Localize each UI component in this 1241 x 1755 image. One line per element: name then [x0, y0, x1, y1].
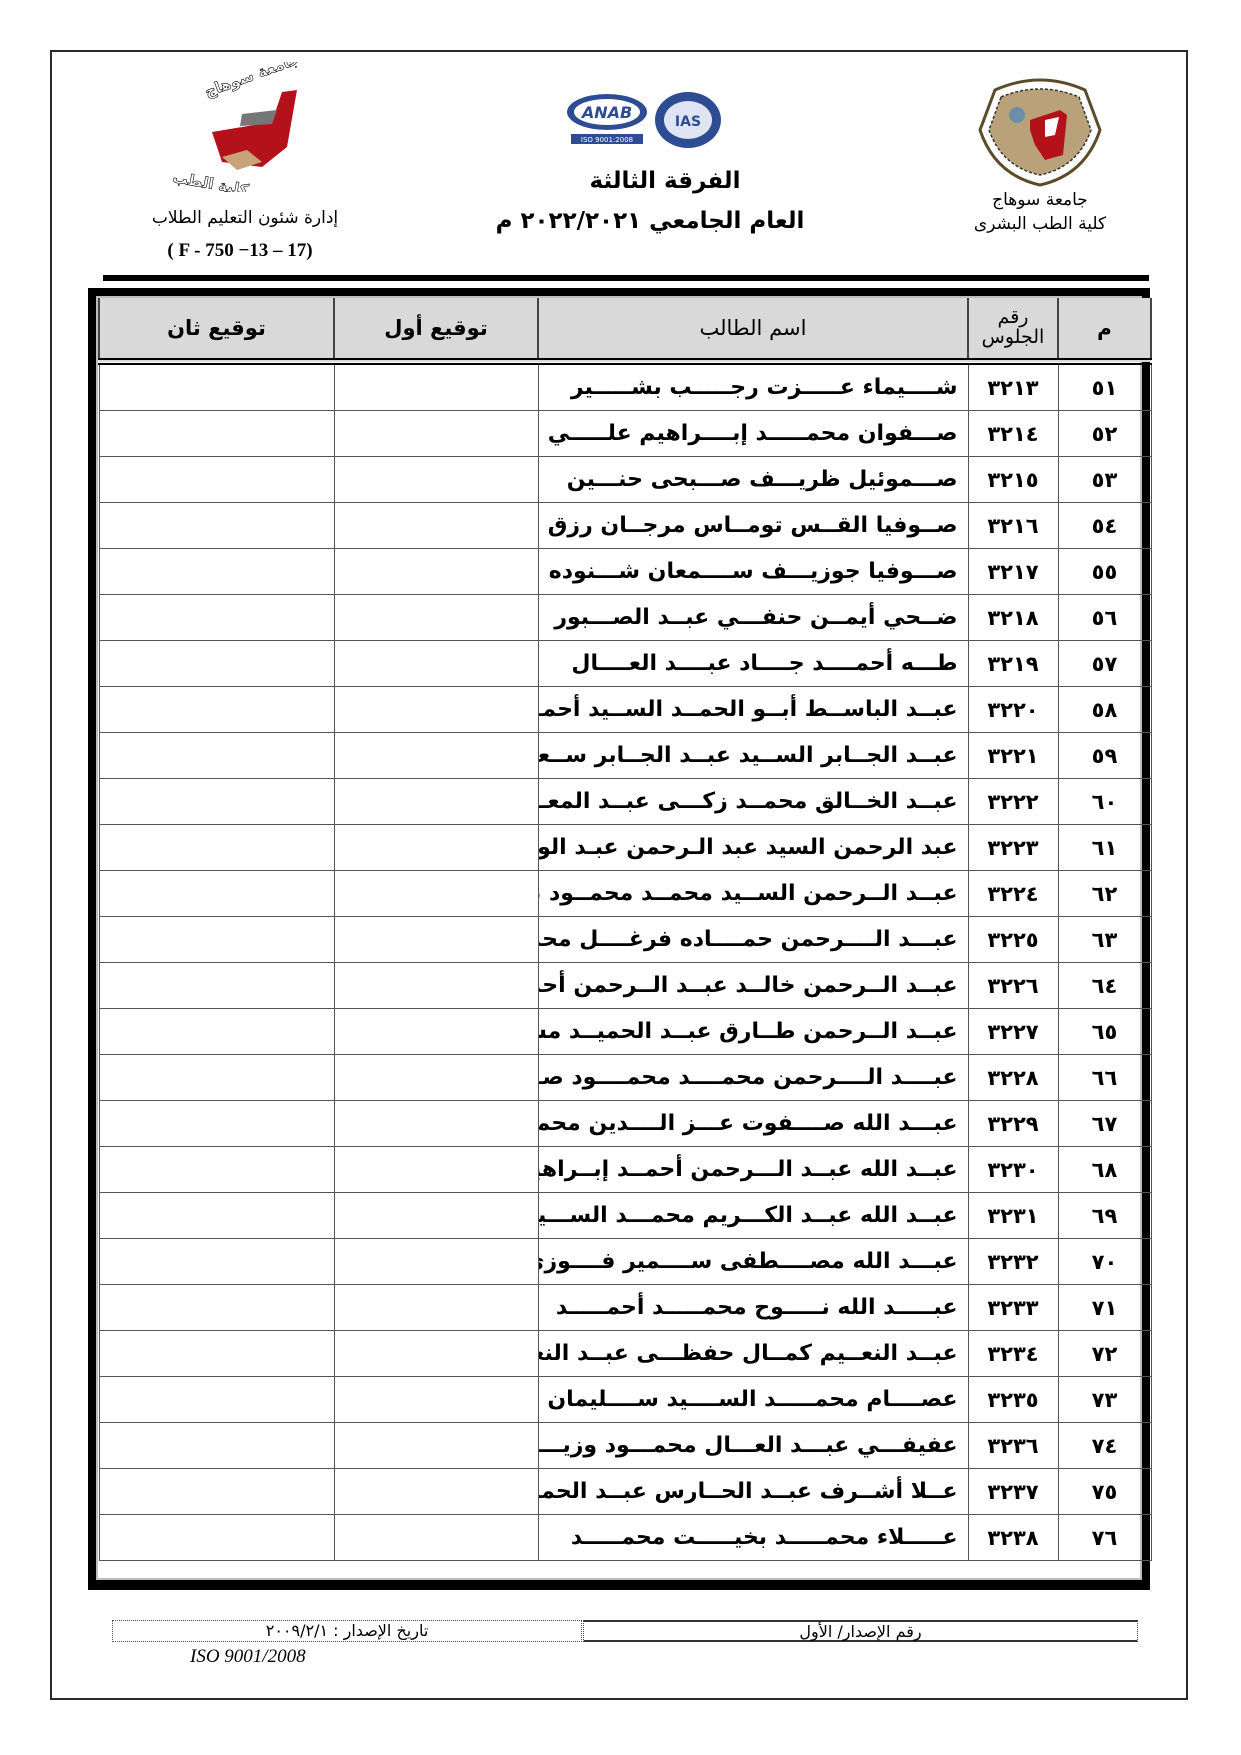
row-number: ٦٣	[1058, 917, 1151, 963]
first-signature-cell[interactable]	[334, 1423, 538, 1469]
table-row: ٥١٣٢١٣شــــيماء عـــــزت رجـــــب بشــــ…	[99, 362, 1151, 411]
table-row: ٦٥٣٢٢٧عبــد الــرحمن طــارق عبــد الحميـ…	[99, 1009, 1151, 1055]
row-number: ٥٣	[1058, 457, 1151, 503]
student-name: صـــفوان محمـــــد إبــــراهيم علـــــي	[538, 411, 968, 457]
table-row: ٥٧٣٢١٩طـــه أحمــــد جــــاد عبــــد الع…	[99, 641, 1151, 687]
first-signature-cell[interactable]	[334, 641, 538, 687]
row-number: ٥٢	[1058, 411, 1151, 457]
row-number: ٦٩	[1058, 1193, 1151, 1239]
second-signature-cell[interactable]	[99, 733, 334, 779]
row-number: ٦٥	[1058, 1009, 1151, 1055]
row-number: ٧٦	[1058, 1515, 1151, 1561]
table-row: ٦٤٣٢٢٦عبــد الــرحمن خالــد عبــد الــرح…	[99, 963, 1151, 1009]
table-header-row: م رقم الجلوس اسم الطالب توقيع أول توقيع …	[99, 298, 1151, 362]
student-name: عبــد الــرحمن خالــد عبــد الــرحمن أحم…	[538, 963, 968, 1009]
document-header: جامعة سوهاج كلية الطب ANAB ISO 9001:2008…	[0, 0, 1241, 290]
seat-header-line2: الجلوس	[969, 328, 1057, 348]
table-row: ٦٧٣٢٢٩عبـــد الله صــــفوت عـــز الــــد…	[99, 1101, 1151, 1147]
row-number: ٥١	[1058, 362, 1151, 411]
column-header-no: م	[1058, 298, 1151, 362]
issue-number: رقم الإصدار/ الأول	[583, 1620, 1138, 1642]
seat-number: ٣٢١٥	[968, 457, 1058, 503]
table-row: ٥٨٣٢٢٠عبــد الباســط أبــو الحمــد الســ…	[99, 687, 1151, 733]
row-number: ٦١	[1058, 825, 1151, 871]
row-number: ٧٤	[1058, 1423, 1151, 1469]
second-signature-cell[interactable]	[99, 1147, 334, 1193]
row-number: ٧٠	[1058, 1239, 1151, 1285]
first-signature-cell[interactable]	[334, 411, 538, 457]
student-name: عبــد النعــيم كمــال حفظـــى عبــد النع…	[538, 1331, 968, 1377]
row-number: ٦٧	[1058, 1101, 1151, 1147]
column-header-name: اسم الطالب	[538, 298, 968, 362]
second-signature-cell[interactable]	[99, 1101, 334, 1147]
column-header-sig2: توقيع ثان	[99, 298, 334, 362]
seat-number: ٣٢٣٥	[968, 1377, 1058, 1423]
second-signature-cell[interactable]	[99, 549, 334, 595]
seat-number: ٣٢٢٨	[968, 1055, 1058, 1101]
column-header-seat: رقم الجلوس	[968, 298, 1058, 362]
first-signature-cell[interactable]	[334, 1147, 538, 1193]
svg-text:IAS: IAS	[675, 114, 701, 130]
row-number: ٧٥	[1058, 1469, 1151, 1515]
seat-number: ٣٢٣٣	[968, 1285, 1058, 1331]
table-row: ٥٩٣٢٢١عبــد الجــابر الســيد عبــد الجــ…	[99, 733, 1151, 779]
row-number: ٦٦	[1058, 1055, 1151, 1101]
table-row: ٥٣٣٢١٥صـــموئيل ظريـــف صـــبحى حنـــين	[99, 457, 1151, 503]
first-signature-cell[interactable]	[334, 503, 538, 549]
student-name: صـــوفيا جوزيـــف ســــمعان شـــنوده	[538, 549, 968, 595]
second-signature-cell[interactable]	[99, 1285, 334, 1331]
seat-number: ٣٢٢٥	[968, 917, 1058, 963]
table-row: ٧٥٣٢٣٧عــلا أشــرف عبــد الحــارس عبــد …	[99, 1469, 1151, 1515]
table-row: ٦٨٣٢٣٠عبــد الله عبــد الـــرحمن أحمــد …	[99, 1147, 1151, 1193]
student-name: عبــد الله عبــد الكـــريم محمـــد الســ…	[538, 1193, 968, 1239]
table-row: ٦٠٣٢٢٢عبــد الخــالق محمــد زكـــى عبــد…	[99, 779, 1151, 825]
row-number: ٦٨	[1058, 1147, 1151, 1193]
faculty-logo: جامعة سوهاج كلية الطب	[112, 62, 312, 192]
university-emblem	[975, 75, 1105, 190]
second-signature-cell[interactable]	[99, 1009, 334, 1055]
svg-text:ANAB: ANAB	[580, 103, 632, 122]
first-signature-cell[interactable]	[334, 595, 538, 641]
header-divider	[103, 275, 1149, 281]
second-signature-cell[interactable]	[99, 1239, 334, 1285]
seat-number: ٣٢١٩	[968, 641, 1058, 687]
first-signature-cell[interactable]	[334, 687, 538, 733]
table-row: ٧٢٣٢٣٤عبــد النعــيم كمــال حفظـــى عبــ…	[99, 1331, 1151, 1377]
seat-number: ٣٢٢٣	[968, 825, 1058, 871]
second-signature-cell[interactable]	[99, 1469, 334, 1515]
first-signature-cell[interactable]	[334, 1055, 538, 1101]
seat-number: ٣٢٢٦	[968, 963, 1058, 1009]
second-signature-cell[interactable]	[99, 457, 334, 503]
student-name: ضــحي أيمــن حنفـــي عبــد الصـــبور	[538, 595, 968, 641]
svg-text:ISO 9001:2008: ISO 9001:2008	[581, 136, 633, 144]
first-signature-cell[interactable]	[334, 1193, 538, 1239]
row-number: ٦٢	[1058, 871, 1151, 917]
student-name: عبــد الباســط أبــو الحمــد الســيد أحم…	[538, 687, 968, 733]
student-name: طـــه أحمــــد جــــاد عبــــد العــــال	[538, 641, 968, 687]
student-name: عبـــد الله مصــــطفى ســــمير فــــوزى	[538, 1239, 968, 1285]
first-signature-cell[interactable]	[334, 779, 538, 825]
first-signature-cell[interactable]	[334, 917, 538, 963]
first-signature-cell[interactable]	[334, 1377, 538, 1423]
row-number: ٥٤	[1058, 503, 1151, 549]
table-row: ٦١٣٢٢٣عبد الرحمن السيد عبد الـرحمن عبـد …	[99, 825, 1151, 871]
seat-number: ٣٢٢٤	[968, 871, 1058, 917]
first-signature-cell[interactable]	[334, 549, 538, 595]
seat-header-line1: رقم	[969, 308, 1057, 328]
table-row: ٧٠٣٢٣٢عبـــد الله مصــــطفى ســــمير فــ…	[99, 1239, 1151, 1285]
student-name: عـــــلاء محمـــــد بخيـــــت محمـــــد	[538, 1515, 968, 1561]
student-name: عبــد الخــالق محمــد زكـــى عبــد المعـ…	[538, 779, 968, 825]
first-signature-cell[interactable]	[334, 1515, 538, 1561]
second-signature-cell[interactable]	[99, 779, 334, 825]
first-signature-cell[interactable]	[334, 1285, 538, 1331]
seat-number: ٣٢١٤	[968, 411, 1058, 457]
student-name: عبـــــد الله نـــــوح محمـــــد أحمــــ…	[538, 1285, 968, 1331]
row-number: ٥٩	[1058, 733, 1151, 779]
second-signature-cell[interactable]	[99, 1193, 334, 1239]
second-signature-cell[interactable]	[99, 1377, 334, 1423]
seat-number: ٣٢٢٠	[968, 687, 1058, 733]
year-level-title: الفرقة الثالثة	[560, 168, 770, 194]
row-number: ٦٠	[1058, 779, 1151, 825]
table-row: ٦٢٣٢٢٤عبــد الــرحمن الســيد محمــد محمـ…	[99, 871, 1151, 917]
table-row: ٦٩٣٢٣١عبــد الله عبــد الكـــريم محمـــد…	[99, 1193, 1151, 1239]
first-signature-cell[interactable]	[334, 871, 538, 917]
row-number: ٥٥	[1058, 549, 1151, 595]
seat-number: ٣٢١٦	[968, 503, 1058, 549]
table-row: ٥٥٣٢١٧صـــوفيا جوزيـــف ســــمعان شـــنو…	[99, 549, 1151, 595]
table-row: ٥٦٣٢١٨ضــحي أيمــن حنفـــي عبــد الصـــب…	[99, 595, 1151, 641]
student-name: عبــد الــرحمن الســيد محمــد محمــود بـ…	[538, 871, 968, 917]
student-name: عبد الرحمن السيد عبد الـرحمن عبـد الواحـ…	[538, 825, 968, 871]
first-signature-cell[interactable]	[334, 825, 538, 871]
seat-number: ٣٢١٧	[968, 549, 1058, 595]
column-header-sig1: توقيع أول	[334, 298, 538, 362]
seat-number: ٣٢٣١	[968, 1193, 1058, 1239]
second-signature-cell[interactable]	[99, 503, 334, 549]
second-signature-cell[interactable]	[99, 411, 334, 457]
academic-year-title: العام الجامعي ٢٠٢٢/٢٠٢١ م	[470, 208, 830, 234]
student-name: عفيفـــي عبـــد العـــال محمـــود وزيـــ…	[538, 1423, 968, 1469]
row-number: ٧٢	[1058, 1331, 1151, 1377]
students-table-frame: م رقم الجلوس اسم الطالب توقيع أول توقيع …	[88, 288, 1150, 1590]
student-name: عبــــد الــــرحمن محمــــد محمــــود صـ…	[538, 1055, 968, 1101]
first-signature-cell[interactable]	[334, 733, 538, 779]
student-name: صـــموئيل ظريـــف صـــبحى حنـــين	[538, 457, 968, 503]
row-number: ٦٤	[1058, 963, 1151, 1009]
student-name: عــلا أشــرف عبــد الحــارس عبــد الحميـ…	[538, 1469, 968, 1515]
first-signature-cell[interactable]	[334, 1469, 538, 1515]
student-name: عبـــد الــــرحمن حمــــاده فرغــــل محم…	[538, 917, 968, 963]
table-row: ٧٤٣٢٣٦عفيفـــي عبـــد العـــال محمـــود …	[99, 1423, 1151, 1469]
form-code: ( F - 750 −13 – 17)	[135, 240, 345, 262]
seat-number: ٣٢١٣	[968, 362, 1058, 411]
row-number: ٥٧	[1058, 641, 1151, 687]
second-signature-cell[interactable]	[99, 362, 334, 411]
table-row: ٦٣٣٢٢٥عبـــد الــــرحمن حمــــاده فرغـــ…	[99, 917, 1151, 963]
second-signature-cell[interactable]	[99, 1055, 334, 1101]
students-table: م رقم الجلوس اسم الطالب توقيع أول توقيع …	[98, 298, 1152, 1561]
seat-number: ٣٢٣٦	[968, 1423, 1058, 1469]
seat-number: ٣٢٢٩	[968, 1101, 1058, 1147]
second-signature-cell[interactable]	[99, 641, 334, 687]
first-signature-cell[interactable]	[334, 1331, 538, 1377]
row-number: ٧١	[1058, 1285, 1151, 1331]
student-name: عبــد الــرحمن طــارق عبــد الحميــد مسـ…	[538, 1009, 968, 1055]
seat-number: ٣٢٢٢	[968, 779, 1058, 825]
second-signature-cell[interactable]	[99, 1423, 334, 1469]
student-name: عصــــام محمـــــد الســــيد ســــليمان	[538, 1377, 968, 1423]
table-row: ٥٢٣٢١٤صـــفوان محمـــــد إبــــراهيم علـ…	[99, 411, 1151, 457]
student-name: شــــيماء عـــــزت رجـــــب بشـــــير	[538, 362, 968, 411]
seat-number: ٣٢١٨	[968, 595, 1058, 641]
second-signature-cell[interactable]	[99, 825, 334, 871]
row-number: ٥٦	[1058, 595, 1151, 641]
seat-number: ٣٢٢١	[968, 733, 1058, 779]
student-name: عبـــد الله صــــفوت عـــز الــــدين محم…	[538, 1101, 968, 1147]
department-name: إدارة شئون التعليم الطلاب	[140, 208, 350, 228]
table-row: ٧١٣٢٣٣عبـــــد الله نـــــوح محمـــــد أ…	[99, 1285, 1151, 1331]
iso-label: ISO 9001/2008	[190, 1646, 306, 1668]
table-row: ٦٦٣٢٢٨عبــــد الــــرحمن محمــــد محمـــ…	[99, 1055, 1151, 1101]
second-signature-cell[interactable]	[99, 595, 334, 641]
student-name: عبــد الجــابر الســيد عبــد الجــابر سـ…	[538, 733, 968, 779]
first-signature-cell[interactable]	[334, 1101, 538, 1147]
student-name: صــوفيا القــس تومــاس مرجــان رزق الله	[538, 503, 968, 549]
second-signature-cell[interactable]	[99, 1331, 334, 1377]
first-signature-cell[interactable]	[334, 1009, 538, 1055]
first-signature-cell[interactable]	[334, 457, 538, 503]
seat-number: ٣٢٢٧	[968, 1009, 1058, 1055]
row-number: ٧٣	[1058, 1377, 1151, 1423]
student-name: عبــد الله عبــد الـــرحمن أحمــد إبــرا…	[538, 1147, 968, 1193]
seat-number: ٣٢٣٤	[968, 1331, 1058, 1377]
row-number: ٥٨	[1058, 687, 1151, 733]
seat-number: ٣٢٣٢	[968, 1239, 1058, 1285]
table-row: ٥٤٣٢١٦صــوفيا القــس تومــاس مرجــان رزق…	[99, 503, 1151, 549]
university-name: جامعة سوهاج	[960, 190, 1120, 210]
faculty-name: كلية الطب البشرى	[960, 214, 1120, 234]
svg-text:كلية الطب: كلية الطب	[171, 168, 250, 192]
seat-number: ٣٢٣٧	[968, 1469, 1058, 1515]
seat-number: ٣٢٣٠	[968, 1147, 1058, 1193]
table-row: ٧٣٣٢٣٥عصــــام محمـــــد الســــيد ســــ…	[99, 1377, 1151, 1423]
first-signature-cell[interactable]	[334, 963, 538, 1009]
seat-number: ٣٢٣٨	[968, 1515, 1058, 1561]
accreditation-logos: ANAB ISO 9001:2008 IAS	[565, 90, 725, 155]
second-signature-cell[interactable]	[99, 963, 334, 1009]
first-signature-cell[interactable]	[334, 1239, 538, 1285]
table-row: ٧٦٣٢٣٨عـــــلاء محمـــــد بخيـــــت محمـ…	[99, 1515, 1151, 1561]
second-signature-cell[interactable]	[99, 871, 334, 917]
second-signature-cell[interactable]	[99, 917, 334, 963]
first-signature-cell[interactable]	[334, 362, 538, 411]
second-signature-cell[interactable]	[99, 1515, 334, 1561]
second-signature-cell[interactable]	[99, 687, 334, 733]
issue-date: تاريخ الإصدار : ٢٠٠٩/٢/١	[112, 1620, 582, 1642]
